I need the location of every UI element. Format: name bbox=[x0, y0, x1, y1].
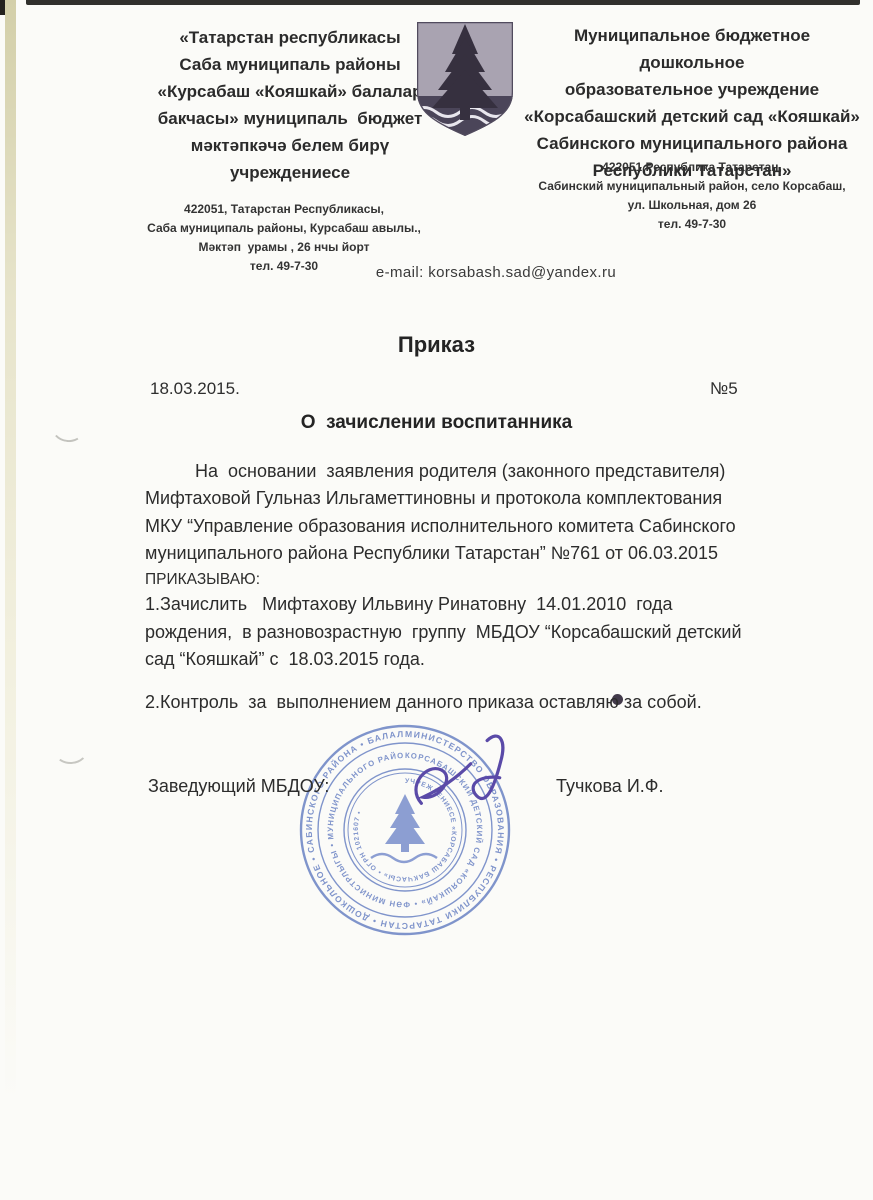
order-item-1-line: сад “Кояшкай” с 18.03.2015 года. bbox=[145, 646, 855, 674]
address-line: Сабинский муниципальный район, село Корс… bbox=[518, 177, 866, 196]
address-line: 422051 Республика Татарстан, bbox=[518, 158, 866, 177]
address-line: 422051, Татарстан Республикасы, bbox=[128, 200, 440, 219]
org-left-line: Саба муниципаль районы bbox=[140, 51, 440, 78]
coat-of-arms-saba-district bbox=[414, 20, 516, 138]
document-title: Приказ bbox=[0, 332, 873, 358]
stamp-wave-line bbox=[371, 854, 437, 862]
org-left-line: бакчасы» муниципаль бюджет bbox=[140, 105, 440, 132]
address-line: Саба муниципаль районы, Курсабаш авылы., bbox=[128, 219, 440, 238]
basis-paragraph-line: Мифтаховой Гульназ Ильгаметтиновны и про… bbox=[145, 485, 855, 513]
address-line: Мәктәп урамы , 26 нчы йорт bbox=[128, 238, 440, 257]
org-left-line: мәктәпкәчә белем бирү bbox=[140, 132, 440, 159]
directive-label: ПРИКАЗЫВАЮ: bbox=[145, 571, 260, 589]
address-block-russian: 422051 Республика Татарстан, Сабинский м… bbox=[518, 158, 866, 234]
scan-edge-top bbox=[26, 0, 860, 5]
org-right-line: Сабинского муниципального района bbox=[518, 130, 866, 157]
address-line: тел. 49-7-30 bbox=[518, 215, 866, 234]
address-line: ул. Школьная, дом 26 bbox=[518, 196, 866, 215]
order-item-2: 2.Контроль за выполнением данного приказ… bbox=[145, 689, 855, 717]
org-right-line: Муниципальное бюджетное дошкольное bbox=[518, 22, 866, 76]
email-address: e-mail: korsabash.sad@yandex.ru bbox=[236, 264, 756, 281]
signatory-role: Заведующий МБДОУ: bbox=[148, 776, 329, 797]
basis-paragraph-line: На основании заявления родителя (законно… bbox=[145, 458, 855, 486]
order-date: 18.03.2015. bbox=[150, 379, 240, 399]
order-item-1-line: 1.Зачислить Мифтахову Ильвину Ринатовну … bbox=[145, 591, 855, 619]
organization-name-tatar: «Татарстан республикасы Саба муниципаль … bbox=[140, 24, 440, 186]
org-left-line: «Курсабаш «Кояшкай» балалар bbox=[140, 78, 440, 105]
org-left-line: «Татарстан республикасы bbox=[140, 24, 440, 51]
order-number: №5 bbox=[710, 379, 738, 399]
org-right-line: образовательное учреждение bbox=[518, 76, 866, 103]
scan-edge-left-strip bbox=[5, 0, 16, 1200]
pen-mark-artifact bbox=[53, 735, 89, 765]
basis-paragraph-line: МКУ “Управление образования исполнительн… bbox=[145, 513, 855, 541]
org-right-line: «Корсабашский детский сад «Кояшкай» bbox=[518, 103, 866, 130]
signatory-name: Тучкова И.Ф. bbox=[556, 776, 663, 797]
org-left-line: учреждениесе bbox=[140, 159, 440, 186]
basis-paragraph-line: муниципального района Республики Татарст… bbox=[145, 540, 855, 568]
scanned-order-document: «Татарстан республикасы Саба муниципаль … bbox=[0, 0, 873, 1200]
order-subject: О зачислении воспитанника bbox=[0, 412, 873, 434]
handwritten-signature bbox=[395, 725, 542, 840]
order-item-1-line: рождения, в разновозрастную группу МБДОУ… bbox=[145, 619, 855, 647]
